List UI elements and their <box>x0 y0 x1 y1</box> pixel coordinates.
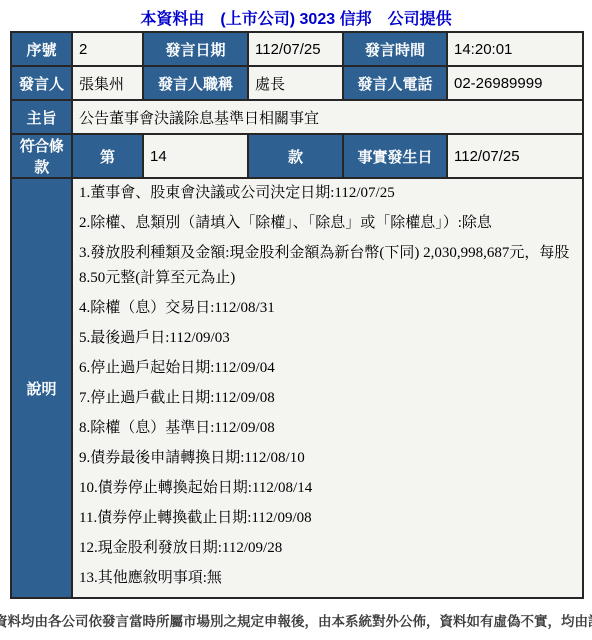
subject-label: 主旨 <box>11 100 72 134</box>
serial-value: 2 <box>72 32 143 66</box>
page-title: 本資料由 (上市公司) 3023 信邦 公司提供 <box>0 0 592 26</box>
speaker-title-label: 發言人職稱 <box>143 66 248 100</box>
speaker-phone-value: 02-26989999 <box>447 66 583 100</box>
description-cell: 1.董事會、股東會決議或公司決定日期:112/07/25 2.除權、息類別（請填… <box>72 178 583 598</box>
description-item: 1.董事會、股東會決議或公司決定日期:112/07/25 <box>79 181 576 206</box>
announce-time-label: 發言時間 <box>343 32 447 66</box>
description-item: 3.發放股利種類及金額:現金股利金額為新台幣(下同) 2,030,998,687… <box>79 241 576 291</box>
description-item: 8.除權（息）基準日:112/09/08 <box>79 416 576 441</box>
description-item: 9.債券最後申請轉換日期:112/08/10 <box>79 446 576 471</box>
description-item: 13.其他應敘明事項:無 <box>79 566 576 591</box>
description-item: 10.債券停止轉換起始日期:112/08/14 <box>79 476 576 501</box>
table-row-serial: 序號 2 發言日期 112/07/25 發言時間 14:20:01 <box>11 32 583 66</box>
subject-value: 公告董事會決議除息基準日相關事宜 <box>72 100 583 134</box>
serial-label: 序號 <box>11 32 72 66</box>
table-row-article: 符合條款 第 14 款 事實發生日 112/07/25 <box>11 134 583 178</box>
fact-date-label: 事實發生日 <box>343 134 447 178</box>
speaker-phone-label: 發言人電話 <box>343 66 447 100</box>
description-item: 4.除權（息）交易日:112/08/31 <box>79 296 576 321</box>
announce-date-label: 發言日期 <box>143 32 248 66</box>
table-row-description: 說明 1.董事會、股東會決議或公司決定日期:112/07/25 2.除權、息類別… <box>11 178 583 598</box>
description-item: 7.停止過戶截止日期:112/09/08 <box>79 386 576 411</box>
speaker-label: 發言人 <box>11 66 72 100</box>
announcement-table: 序號 2 發言日期 112/07/25 發言時間 14:20:01 發言人 張集… <box>10 31 584 599</box>
description-label: 說明 <box>11 178 72 598</box>
table-row-speaker: 發言人 張集州 發言人職稱 處長 發言人電話 02-26989999 <box>11 66 583 100</box>
announcement-page: 本資料由 (上市公司) 3023 信邦 公司提供 序號 2 發言日期 112/0… <box>0 0 592 630</box>
article-suffix-label: 款 <box>248 134 343 178</box>
fact-date-value: 112/07/25 <box>447 134 583 178</box>
announce-time-value: 14:20:01 <box>447 32 583 66</box>
speaker-title-value: 處長 <box>248 66 343 100</box>
article-prefix-label: 第 <box>72 134 143 178</box>
description-item: 6.停止過戶起始日期:112/09/04 <box>79 356 576 381</box>
description-item: 11.債券停止轉換截止日期:112/09/08 <box>79 506 576 531</box>
article-number-value: 14 <box>143 134 248 178</box>
article-label: 符合條款 <box>11 134 72 178</box>
disclaimer-text: 資料均由各公司依發言當時所屬市場別之規定申報後，由本系統對外公佈，資料如有虛偽不… <box>0 610 586 630</box>
table-row-subject: 主旨 公告董事會決議除息基準日相關事宜 <box>11 100 583 134</box>
description-item: 5.最後過戶日:112/09/03 <box>79 326 576 351</box>
speaker-value: 張集州 <box>72 66 143 100</box>
announce-date-value: 112/07/25 <box>248 32 343 66</box>
description-item: 2.除權、息類別（請填入「除權」、「除息」或「除權息」）:除息 <box>79 211 576 236</box>
description-item: 12.現金股利發放日期:112/09/28 <box>79 536 576 561</box>
